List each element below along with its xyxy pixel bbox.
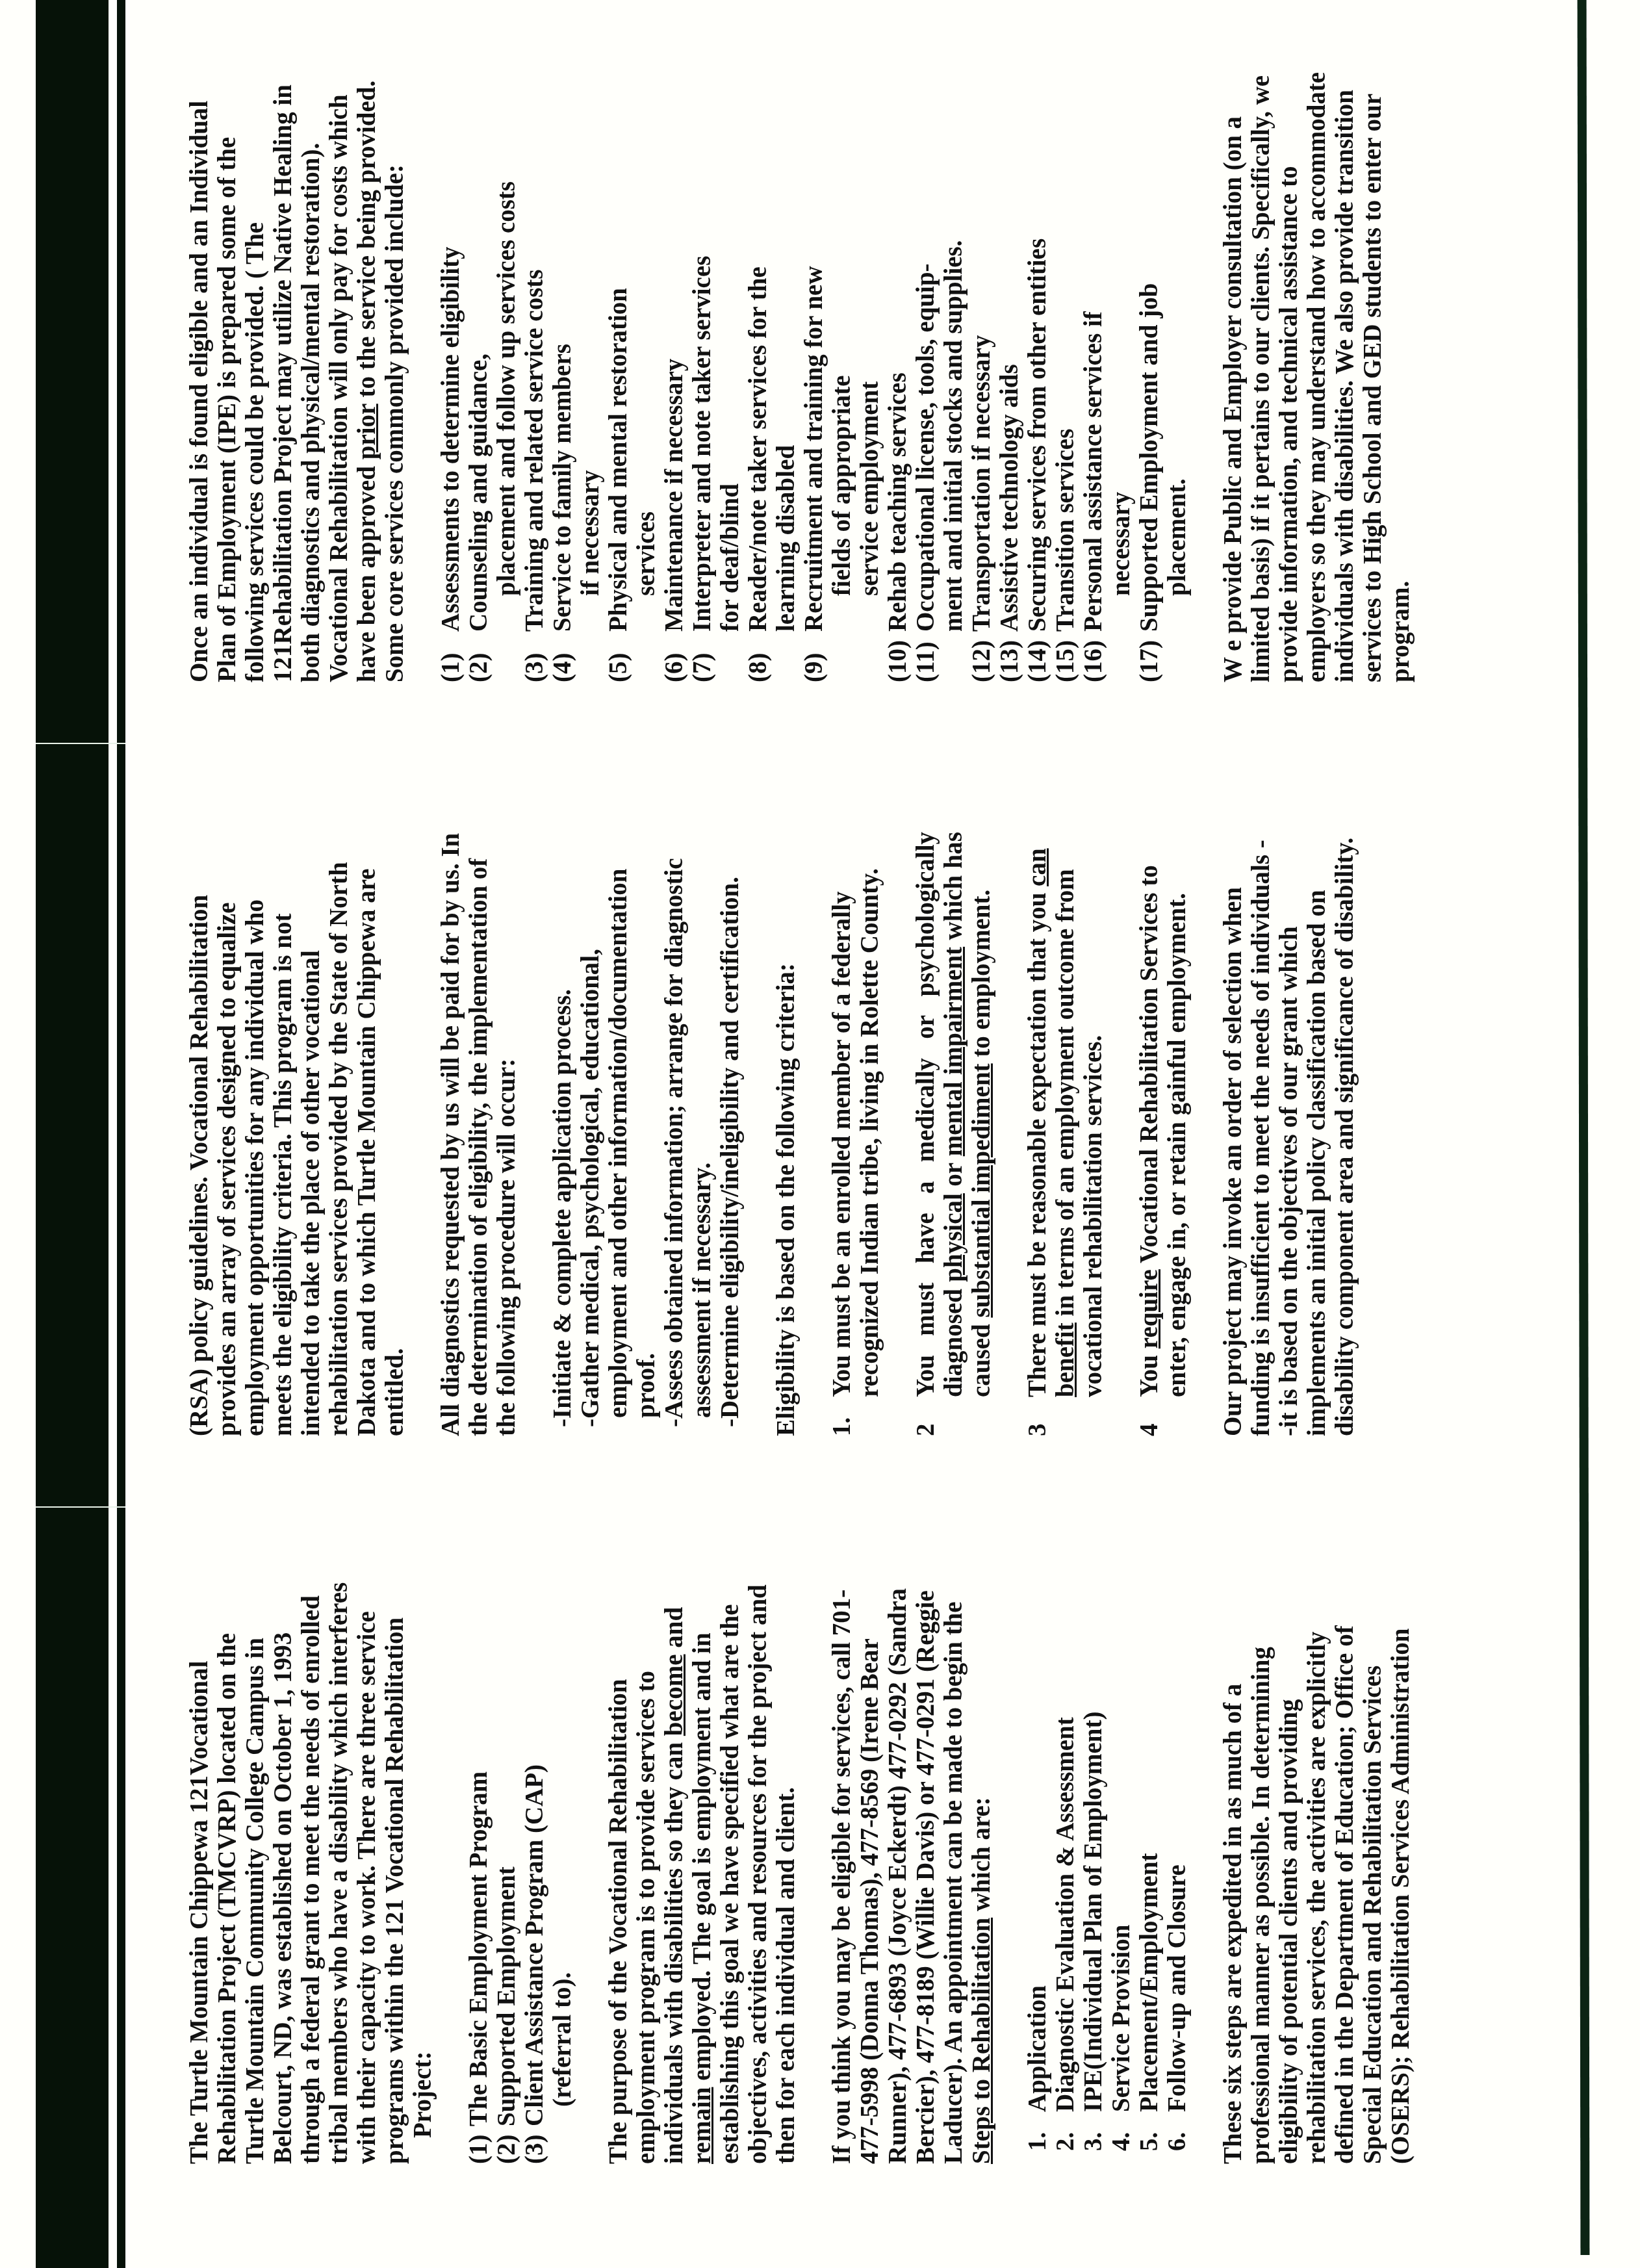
programs-list: (1)The Basic Employment Program (2)Suppo… xyxy=(465,1579,576,2164)
criterion-item: 3 There must be reasonable expectation t… xyxy=(1023,832,1107,1436)
step-item: 6.Follow-up and Closure xyxy=(1163,1579,1191,2151)
diagnostics-paragraph: All diagnostics requested by us will be … xyxy=(437,832,520,1436)
steps-list: 1.Application 2.Diagnostic Evaluation & … xyxy=(1023,1579,1191,2164)
consultation-paragraph: W e provide Public and Employer consulta… xyxy=(1219,58,1415,682)
border-bar-thin xyxy=(117,0,125,2268)
step-item: 3.IPE(Individual Plan of Employment) xyxy=(1079,1579,1107,2151)
service-item: (10)Rehab teaching services xyxy=(884,58,912,682)
step-item: 4.Service Provision xyxy=(1107,1579,1135,2151)
service-item: (9)Recruitment and training for newfield… xyxy=(800,58,884,682)
procedure-list: -Initiate & complete application process… xyxy=(548,832,744,1436)
closing-paragraph: These six steps are expedited in as much… xyxy=(1219,1579,1415,2164)
service-item: (16)Personal assistance services ifneces… xyxy=(1079,58,1135,682)
ipe-paragraph: Once an individual is found eligible and… xyxy=(185,58,409,682)
service-item: (7)Interpreter and note taker servicesfo… xyxy=(688,58,744,682)
order-of-selection-paragraph: Our project may invoke an order of selec… xyxy=(1219,832,1359,1436)
service-item: (1)Assessments to determine eligibility xyxy=(437,58,465,682)
procedure-item: -Determine eligibility/ineligibility and… xyxy=(716,832,744,1436)
criterion-item: 2 You must have a medically or psycholog… xyxy=(912,832,995,1436)
fold-mark xyxy=(36,1506,125,1508)
intro-paragraph: The Turtle Mountain Chippewa 121Vocation… xyxy=(185,1579,437,2164)
service-item: (15)Transition services xyxy=(1051,58,1079,682)
service-item: (14)Securing services from other entitie… xyxy=(1023,58,1051,682)
procedure-item: -Gather medical, psychological, educatio… xyxy=(576,832,660,1436)
program-item: (1)The Basic Employment Program xyxy=(465,1579,493,2164)
right-panel: Once an individual is found eligible and… xyxy=(185,58,1442,682)
service-item: (2)Counseling and guidance,placement and… xyxy=(465,58,520,682)
left-panel: The Turtle Mountain Chippewa 121Vocation… xyxy=(185,1579,1442,2164)
border-bar-thick xyxy=(36,0,109,2268)
purpose-paragraph: The purpose of the Vocational Rehabilita… xyxy=(604,1579,800,2164)
fold-mark xyxy=(36,743,125,744)
brochure-sheet: The Turtle Mountain Chippewa 121Vocation… xyxy=(0,0,1640,2268)
step-item: 5.Placement/Employment xyxy=(1135,1579,1163,2151)
contact-paragraph: If you think you may be eligible for ser… xyxy=(828,1579,995,2164)
procedure-item: -Assess obtained information; arrange fo… xyxy=(660,832,716,1436)
service-item: (11)Occupational license, tools, equip-m… xyxy=(912,58,967,682)
procedure-item: -Initiate & complete application process… xyxy=(548,832,576,1436)
criterion-item: 1. You must be an enrolled member of a f… xyxy=(828,832,884,1436)
program-item: (2)Supported Employment xyxy=(493,1579,520,2164)
service-item: (12)Transportation if necessary xyxy=(967,58,995,682)
eligibility-heading: Eligibility is based on the following cr… xyxy=(772,832,800,1436)
service-item: (8)Reader/note taker services for thelea… xyxy=(744,58,800,682)
service-item: (6)Maintenance if necessary xyxy=(660,58,688,682)
criterion-item: 4 You require Vocational Rehabilitation … xyxy=(1135,832,1191,1436)
middle-panel: (RSA) policy guidelines. Vocational Reha… xyxy=(185,832,1387,1436)
project-label: Project: xyxy=(409,2051,437,2164)
border-bar-bottom xyxy=(1578,0,1590,2255)
step-item: 2.Diagnostic Evaluation & Assessment xyxy=(1051,1579,1079,2151)
service-item: (5)Physical and mental restorationservic… xyxy=(604,58,660,682)
step-item: 1.Application xyxy=(1023,1579,1051,2151)
program-item: (3)Client Assistance Program (CAP)(refer… xyxy=(520,1579,576,2164)
rsa-paragraph: (RSA) policy guidelines. Vocational Reha… xyxy=(185,832,409,1436)
service-item: (4)Service to family membersif necessary xyxy=(548,58,604,682)
service-item: (17)Supported Employment and jobplacemen… xyxy=(1135,58,1191,682)
services-list: (1)Assessments to determine eligibility … xyxy=(437,58,1191,682)
service-item: (13)Assistive technology aids xyxy=(995,58,1023,682)
service-item: (3)Training and related service costs xyxy=(520,58,548,682)
steps-to-rehabilitation: Steps to Rehabilitation xyxy=(967,1918,995,2164)
